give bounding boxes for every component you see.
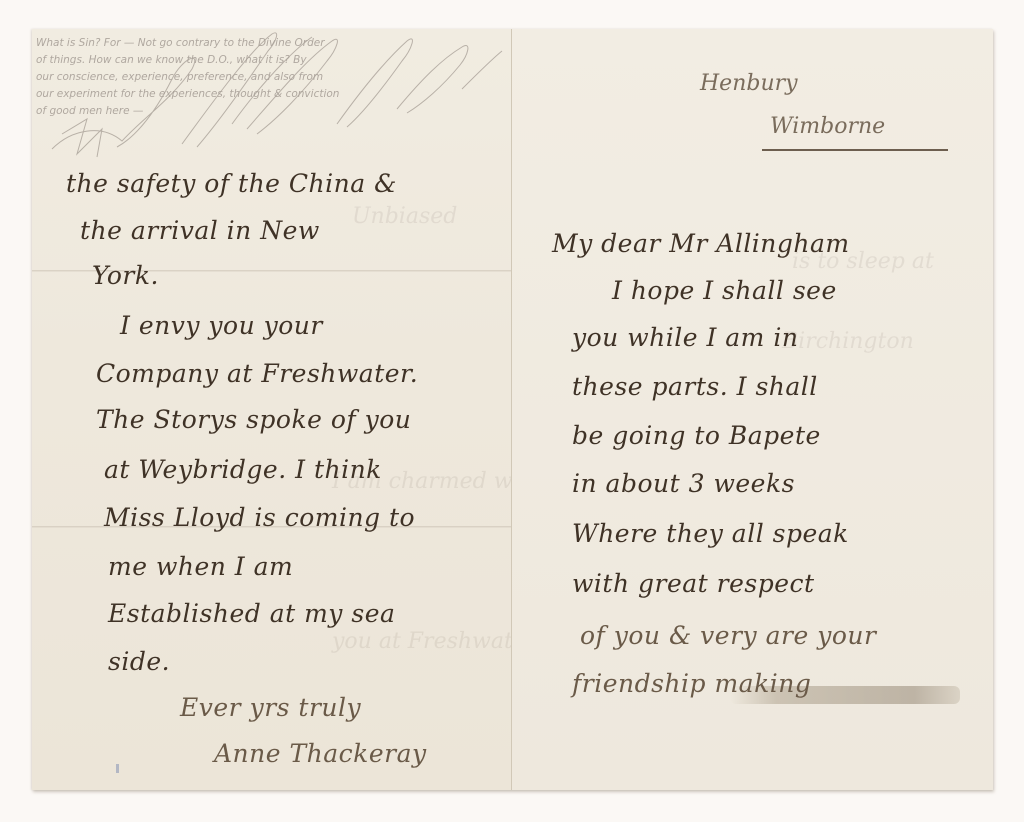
letter-line: me when I am: [108, 552, 293, 581]
show-through-text: you at Freshwater: [332, 629, 536, 654]
left-page: What is Sin? For — Not go contrary to th…: [32, 29, 512, 790]
letter-line: I hope I shall see: [612, 276, 837, 305]
letter-line: Miss Lloyd is coming to: [104, 503, 415, 532]
address-line-1: Henbury: [700, 71, 798, 96]
letter-line: in about 3 weeks: [572, 469, 795, 498]
letter-line: friendship making: [572, 669, 811, 698]
letter-line: at Weybridge. I think: [104, 455, 382, 484]
letter-sheet: What is Sin? For — Not go contrary to th…: [32, 29, 993, 790]
letter-line: Company at Freshwater.: [96, 359, 418, 388]
letter-line: I envy you your: [120, 311, 323, 340]
letter-line: of you & very are your: [580, 621, 876, 650]
letter-line: the arrival in New: [80, 216, 320, 245]
letter-line: be going to Bapete: [572, 421, 821, 450]
letter-line: you while I am in: [572, 323, 798, 352]
letter-line: these parts. I shall: [572, 372, 818, 401]
letter-line: Where they all speak: [572, 519, 849, 548]
pencil-strike-through-scribble: [32, 29, 512, 169]
letter-line: with great respect: [572, 569, 815, 598]
address-underline: [762, 149, 948, 151]
letter-line: York.: [92, 261, 159, 290]
address-line-2: Wimborne: [770, 114, 885, 139]
letter-line: the safety of the China &: [66, 169, 397, 198]
signature: Anne Thackeray: [214, 739, 427, 768]
salutation: My dear Mr Allingham: [552, 229, 850, 258]
right-page: Henbury Wimborne is to sleep at Birching…: [512, 29, 993, 790]
letter-line: The Storys spoke of you: [96, 405, 411, 434]
closing: Ever yrs truly: [180, 693, 361, 722]
letter-line: Established at my sea: [108, 599, 395, 628]
pencil-mark: [116, 764, 119, 773]
show-through-text: Birchington: [782, 329, 914, 354]
letter-line: side.: [108, 647, 170, 676]
show-through-text: Unbiased: [352, 204, 457, 229]
